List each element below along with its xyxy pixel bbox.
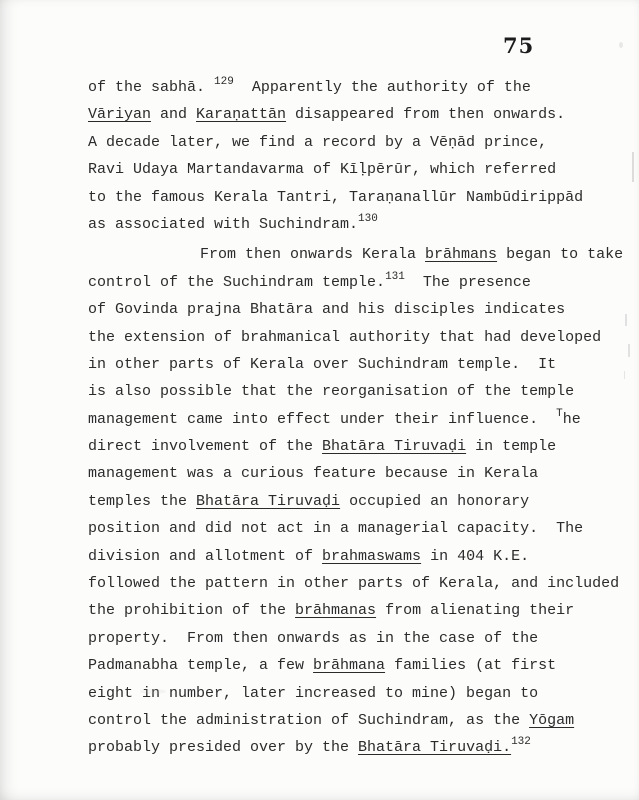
scan-artifact: [619, 42, 623, 48]
text-line: to the famous Kerala Tantri, Taraṇanallū…: [88, 184, 618, 211]
text-run: to the famous Kerala Tantri, Taraṇanallū…: [88, 189, 583, 206]
text-run: in 404 K.E.: [421, 548, 529, 565]
underlined-term: Yōgam: [529, 712, 574, 729]
underlined-term: Bhatāra Tiruvaḍi: [322, 438, 466, 455]
scan-artifact: [632, 152, 634, 182]
text-run: management came into effect under their …: [88, 411, 556, 428]
text-run: temples the: [88, 493, 196, 510]
scan-artifact: [140, 689, 166, 694]
text-line: in other parts of Kerala over Suchindram…: [88, 351, 618, 378]
text-run: followed the pattern in other parts of K…: [88, 575, 619, 592]
text-run: families (at first: [385, 657, 556, 674]
footnote-reference: 130: [358, 213, 378, 225]
text-line: Vāriyan and Karaṇattān disappeared from …: [88, 101, 618, 128]
text-run: in other parts of Kerala over Suchindram…: [88, 356, 556, 373]
text-line: is also possible that the reorganisation…: [88, 378, 618, 405]
paragraph: From then onwards Kerala brāhmans began …: [88, 241, 618, 761]
text-line: of the sabhā. 129 Apparently the authori…: [88, 74, 618, 101]
underlined-term: brāhmana: [313, 657, 385, 674]
text-run: control the administration of Suchindram…: [88, 712, 529, 729]
text-run: in temple: [466, 438, 556, 455]
text-run: management was a curious feature because…: [88, 465, 538, 482]
underlined-term: Karaṇattān: [196, 106, 286, 123]
page-number: 75: [503, 33, 534, 58]
text-run: occupied an honorary: [340, 493, 529, 510]
text-run: of Govinda prajna Bhatāra and his discip…: [88, 301, 565, 318]
text-line: direct involvement of the Bhatāra Tiruva…: [88, 433, 618, 460]
text-run: direct involvement of the: [88, 438, 322, 455]
text-run: is also possible that the reorganisation…: [88, 383, 574, 400]
underlined-term: Vāriyan: [88, 106, 151, 123]
text-line: followed the pattern in other parts of K…: [88, 570, 618, 597]
text-line: of Govinda prajna Bhatāra and his discip…: [88, 296, 618, 323]
underlined-term: brāhmanas: [295, 602, 376, 619]
text-line: Padmanabha temple, a few brāhmana famili…: [88, 652, 618, 679]
text-line: Ravi Udaya Martandavarma of Kīḷpērūr, wh…: [88, 156, 618, 183]
text-run: the prohibition of the: [88, 602, 295, 619]
text-line: the extension of brahmanical authority t…: [88, 324, 618, 351]
text-line: position and did not act in a managerial…: [88, 515, 618, 542]
text-line: eight in number, later increased to mine…: [88, 680, 618, 707]
text-line: control of the Suchindram temple.131 The…: [88, 269, 618, 296]
text-run: Padmanabha temple, a few: [88, 657, 313, 674]
footnote-reference: 129: [214, 76, 234, 88]
text-run: control of the Suchindram temple.: [88, 274, 385, 291]
footnote-reference: T: [556, 408, 563, 420]
underlined-term: Bhatāra Tiruvaḍi: [196, 493, 340, 510]
text-line: management was a curious feature because…: [88, 460, 618, 487]
text-run: and: [151, 106, 196, 123]
text-line: temples the Bhatāra Tiruvaḍi occupied an…: [88, 488, 618, 515]
text-run: property. From then onwards as in the ca…: [88, 630, 538, 647]
text-line: control the administration of Suchindram…: [88, 707, 618, 734]
text-run: as associated with Suchindram.: [88, 216, 358, 233]
text-run: the extension of brahmanical authority t…: [88, 329, 601, 346]
text-run: from alienating their: [376, 602, 574, 619]
text-run: probably presided over by the: [88, 739, 358, 756]
scan-artifact: [624, 371, 625, 379]
footnote-reference: 132: [511, 736, 531, 748]
scan-artifact: [628, 344, 630, 357]
paragraph: of the sabhā. 129 Apparently the authori…: [88, 74, 618, 238]
underlined-term: brahmaswams: [322, 548, 421, 565]
text-run: he: [563, 411, 581, 428]
text-line: From then onwards Kerala brāhmans began …: [88, 241, 618, 268]
text-line: property. From then onwards as in the ca…: [88, 625, 618, 652]
text-line: management came into effect under their …: [88, 406, 618, 433]
text-line: the prohibition of the brāhmanas from al…: [88, 597, 618, 624]
underlined-term: brāhmans: [425, 246, 497, 263]
text-body: of the sabhā. 129 Apparently the authori…: [88, 74, 618, 762]
text-run: of the sabhā.: [88, 79, 214, 96]
text-line: probably presided over by the Bhatāra Ti…: [88, 734, 618, 761]
text-run: division and allotment of: [88, 548, 322, 565]
text-run: From then onwards Kerala: [200, 246, 425, 263]
scan-artifact: [625, 314, 627, 326]
text-line: as associated with Suchindram.130: [88, 211, 618, 238]
text-run: disappeared from then onwards.: [286, 106, 565, 123]
document-page: 75 of the sabhā. 129 Apparently the auth…: [0, 0, 639, 800]
text-line: A decade later, we find a record by a Vē…: [88, 129, 618, 156]
text-run: The presence: [405, 274, 531, 291]
underlined-term: Bhatāra Tiruvaḍi.: [358, 739, 511, 756]
text-line: division and allotment of brahmaswams in…: [88, 543, 618, 570]
text-run: Apparently the authority of the: [234, 79, 531, 96]
footnote-reference: 131: [385, 271, 405, 283]
text-run: A decade later, we find a record by a Vē…: [88, 134, 547, 151]
text-run: position and did not act in a managerial…: [88, 520, 583, 537]
text-run: Ravi Udaya Martandavarma of Kīḷpērūr, wh…: [88, 161, 556, 178]
text-run: began to take: [497, 246, 623, 263]
